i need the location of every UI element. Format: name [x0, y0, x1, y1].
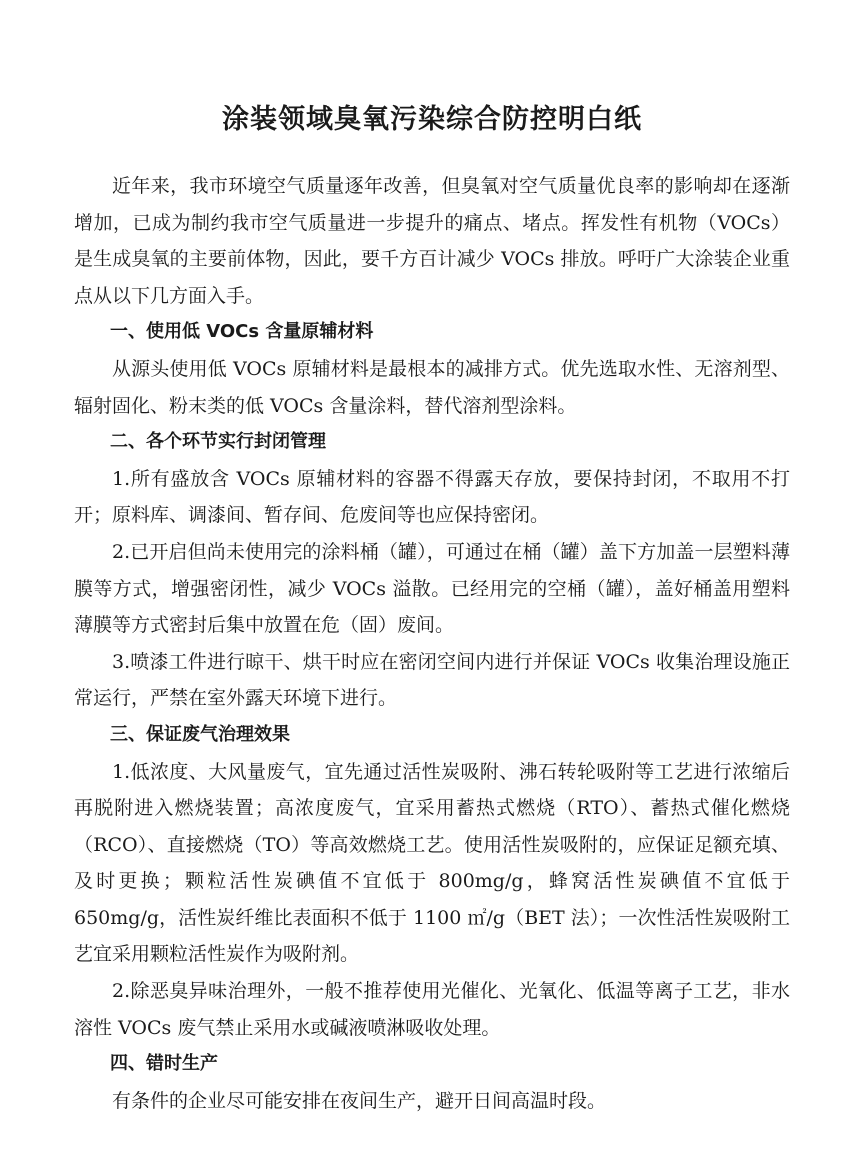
- section-heading: 四、错时生产: [74, 1046, 790, 1083]
- section-paragraph: 2.除恶臭异味治理外，一般不推荐使用光催化、光氧化、低温等离子工艺，非水溶性 V…: [74, 973, 790, 1046]
- section-1: 一、使用低 VOCs 含量原辅材料 从源头使用低 VOCs 原辅材料是最根本的减…: [74, 314, 790, 424]
- document-title: 涂装领域臭氧污染综合防控明白纸: [74, 100, 790, 140]
- section-heading: 二、各个环节实行封闭管理: [74, 424, 790, 461]
- section-paragraph: 2.已开启但尚未使用完的涂料桶（罐），可通过在桶（罐）盖下方加盖一层塑料薄膜等方…: [74, 534, 790, 644]
- section-4: 四、错时生产 有条件的企业尽可能安排在夜间生产，避开日间高温时段。: [74, 1046, 790, 1119]
- section-paragraph: 从源头使用低 VOCs 原辅材料是最根本的减排方式。优先选取水性、无溶剂型、辐射…: [74, 351, 790, 424]
- section-paragraph: 1.所有盛放含 VOCs 原辅材料的容器不得露天存放，要保持封闭，不取用不打开；…: [74, 461, 790, 534]
- section-paragraph: 1.低浓度、大风量废气，宜先通过活性炭吸附、沸石转轮吸附等工艺进行浓缩后再脱附进…: [74, 754, 790, 974]
- document-body: 近年来，我市环境空气质量逐年改善，但臭氧对空气质量优良率的影响却在逐渐增加，已成…: [74, 168, 790, 1119]
- section-heading: 一、使用低 VOCs 含量原辅材料: [74, 314, 790, 351]
- intro-paragraph: 近年来，我市环境空气质量逐年改善，但臭氧对空气质量优良率的影响却在逐渐增加，已成…: [74, 168, 790, 314]
- section-2: 二、各个环节实行封闭管理 1.所有盛放含 VOCs 原辅材料的容器不得露天存放，…: [74, 424, 790, 717]
- section-paragraph: 3.喷漆工件进行晾干、烘干时应在密闭空间内进行并保证 VOCs 收集治理设施正常…: [74, 644, 790, 717]
- section-heading: 三、保证废气治理效果: [74, 717, 790, 754]
- section-paragraph: 有条件的企业尽可能安排在夜间生产，避开日间高温时段。: [74, 1083, 790, 1120]
- section-3: 三、保证废气治理效果 1.低浓度、大风量废气，宜先通过活性炭吸附、沸石转轮吸附等…: [74, 717, 790, 1046]
